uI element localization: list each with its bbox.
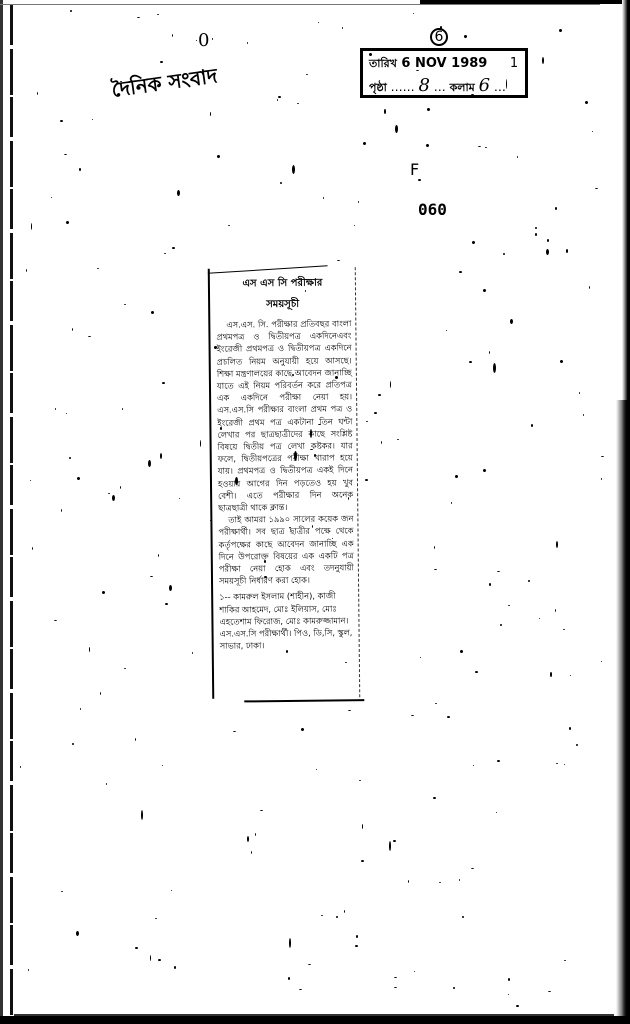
stamp-page-label: পৃষ্ঠা	[369, 81, 387, 94]
scan-left-border	[10, 5, 13, 1015]
scan-right-shadow	[616, 400, 630, 1024]
scan-bottom-border	[14, 1014, 614, 1016]
clipping-paragraph: তাই আমরা ১৯৯০ সালের কয়েক জন পরীক্ষার্থী…	[218, 513, 354, 588]
clipping-headline: এস এস সি পরীক্ষার	[210, 275, 355, 294]
scan-left-edge	[0, 0, 3, 1024]
stamp-date-value: 6 NOV 1989	[401, 56, 487, 71]
top-mark: 0	[198, 30, 209, 51]
stamp-column-label: কলাম	[450, 81, 475, 94]
clipping-bottom-border	[244, 699, 364, 702]
clipping-top-border	[208, 265, 328, 274]
stamp-page-row: পৃষ্ঠা …… 8 … কলাম 6 …	[369, 75, 506, 98]
stamp-page-value: 8	[418, 75, 429, 96]
side-mark: F	[410, 160, 419, 179]
stamp-extra-mark: 1	[510, 56, 518, 71]
clipping-subheadline: সময়সূচী	[210, 296, 355, 315]
newspaper-clipping: এস এস সি পরীক্ষার সময়সূচী এস.এস. সি. পর…	[208, 267, 360, 699]
stamp-date-row: তারিখ 6 NOV 1989 1	[369, 55, 518, 74]
page-number: 060	[418, 200, 447, 219]
top-circle-mark: 6	[430, 28, 448, 46]
scan-top-border	[0, 4, 600, 5]
clipping-body: এস.এস. সি. পরীক্ষার প্রতিবছর বাংলা প্রথম…	[210, 317, 358, 587]
scanned-page: 0 6 দৈনিক সংবাদ তারিখ 6 NOV 1989 1 পৃষ্ঠ…	[0, 0, 630, 1024]
clipping-signature: ১-- কামরুল ইসলাম (শাহীন), কাজী শাকির আহম…	[213, 586, 359, 653]
newspaper-name: দৈনিক সংবাদ	[110, 61, 220, 108]
archive-stamp: তারিখ 6 NOV 1989 1 পৃষ্ঠা …… 8 … কলাম 6 …	[360, 48, 528, 98]
stamp-date-label: তারিখ	[369, 57, 397, 70]
stamp-column-value: 6	[479, 75, 490, 96]
scan-bottom-edge	[0, 1016, 630, 1024]
